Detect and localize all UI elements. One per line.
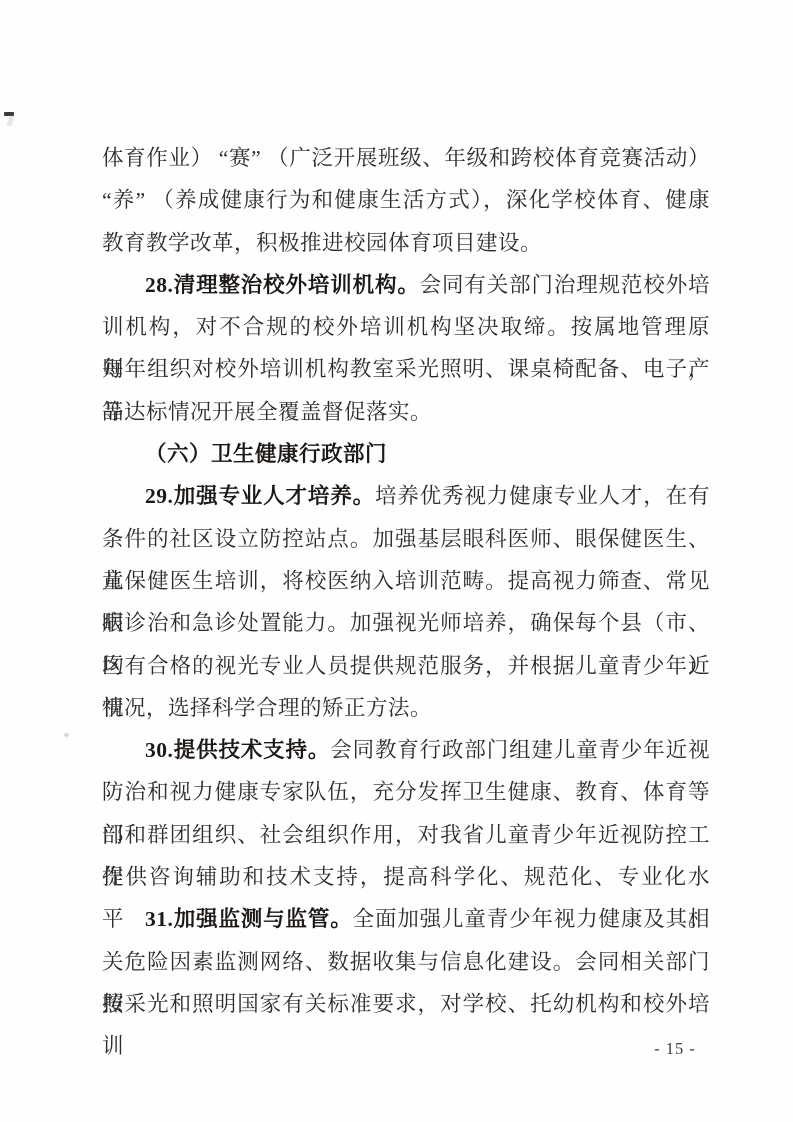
text-line: 每年组织对校外培训机构教室采光照明、课桌椅配备、电子产品 <box>102 348 710 390</box>
text-line: 体育作业） “赛” （广泛开展班级、年级和跨校体育竞赛活动） <box>102 137 710 179</box>
text-line: 条件的社区设立防控站点。加强基层眼科医师、眼保健医生、儿 <box>102 518 710 560</box>
text-line: 童保健医生培训，将校医纳入培训范畴。提高视力筛查、常见眼 <box>102 560 710 602</box>
paragraph-lead: 30.提供技术支持。 <box>145 738 330 762</box>
paragraph-lead: 28.清理整治校外培训机构。 <box>145 273 420 297</box>
document-page: 体育作业） “赛” （广泛开展班级、年级和跨校体育竞赛活动）“养” （养成健康行… <box>0 0 793 1122</box>
line-text: 教育教学改革，积极推进校园体育项目建设。 <box>102 231 542 255</box>
line-text: 体育作业） “赛” （广泛开展班级、年级和跨校体育竞赛活动） <box>102 146 710 170</box>
line-text: 照采光和照明国家有关标准要求，对学校、托幼机构和校外培训 <box>102 992 710 1058</box>
text-line: “养” （养成健康行为和健康生活方式），深化学校体育、健康 <box>102 179 710 221</box>
line-text: 会同教育行政部门组建儿童青少年近视 <box>330 738 710 762</box>
line-text: 会同有关部门治理规范校外培 <box>420 273 710 297</box>
text-line: 关危险因素监测网络、数据收集与信息化建设。会同相关部门按 <box>102 941 710 983</box>
text-line: 提供咨询辅助和技术支持，提高科学化、规范化、专业化水平。 <box>102 856 710 898</box>
text-line: （六）卫生健康行政部门 <box>102 433 710 475</box>
scan-artifact-speck <box>64 733 69 737</box>
text-line: 均有合格的视光专业人员提供规范服务，并根据儿童青少年近视 <box>102 645 710 687</box>
text-line: 门和群团组织、社会组织作用，对我省儿童青少年近视防控工作 <box>102 814 710 856</box>
line-text: 培养优秀视力健康专业人才，在有 <box>375 484 710 508</box>
line-text: 情况，选择科学合理的矫正方法。 <box>102 696 432 720</box>
text-line: 29.加强专业人才培养。培养优秀视力健康专业人才，在有 <box>102 475 710 517</box>
page-number: - 15 - <box>652 1038 698 1060</box>
line-text: “养” （养成健康行为和健康生活方式），深化学校体育、健康 <box>102 188 710 212</box>
text-line: 教育教学改革，积极推进校园体育项目建设。 <box>102 222 710 264</box>
paragraph-lead: 31.加强监测与监管。 <box>145 907 353 931</box>
text-line: 31.加强监测与监管。全面加强儿童青少年视力健康及其相 <box>102 898 710 940</box>
text-line: 30.提供技术支持。会同教育行政部门组建儿童青少年近视 <box>102 729 710 771</box>
text-line: 28.清理整治校外培训机构。会同有关部门治理规范校外培 <box>102 264 710 306</box>
line-text: 等达标情况开展全覆盖督促落实。 <box>102 400 432 424</box>
text-line: 情况，选择科学合理的矫正方法。 <box>102 687 710 729</box>
paragraph-lead: （六）卫生健康行政部门 <box>145 442 387 466</box>
text-line: 照采光和照明国家有关标准要求，对学校、托幼机构和校外培训 <box>102 983 710 1025</box>
text-line: 训机构，对不合规的校外培训机构坚决取缔。按属地管理原则， <box>102 306 710 348</box>
text-block: 体育作业） “赛” （广泛开展班级、年级和跨校体育竞赛活动）“养” （养成健康行… <box>102 137 710 1025</box>
text-line: 防治和视力健康专家队伍，充分发挥卫生健康、教育、体育等部 <box>102 771 710 813</box>
paragraph-lead: 29.加强专业人才培养。 <box>145 484 375 508</box>
line-text: 全面加强儿童青少年视力健康及其相 <box>353 907 710 931</box>
text-line: 病诊治和急诊处置能力。加强视光师培养，确保每个县（市、区） <box>102 602 710 644</box>
text-line: 等达标情况开展全覆盖督促落实。 <box>102 391 710 433</box>
scan-artifact-tail <box>6 115 14 126</box>
